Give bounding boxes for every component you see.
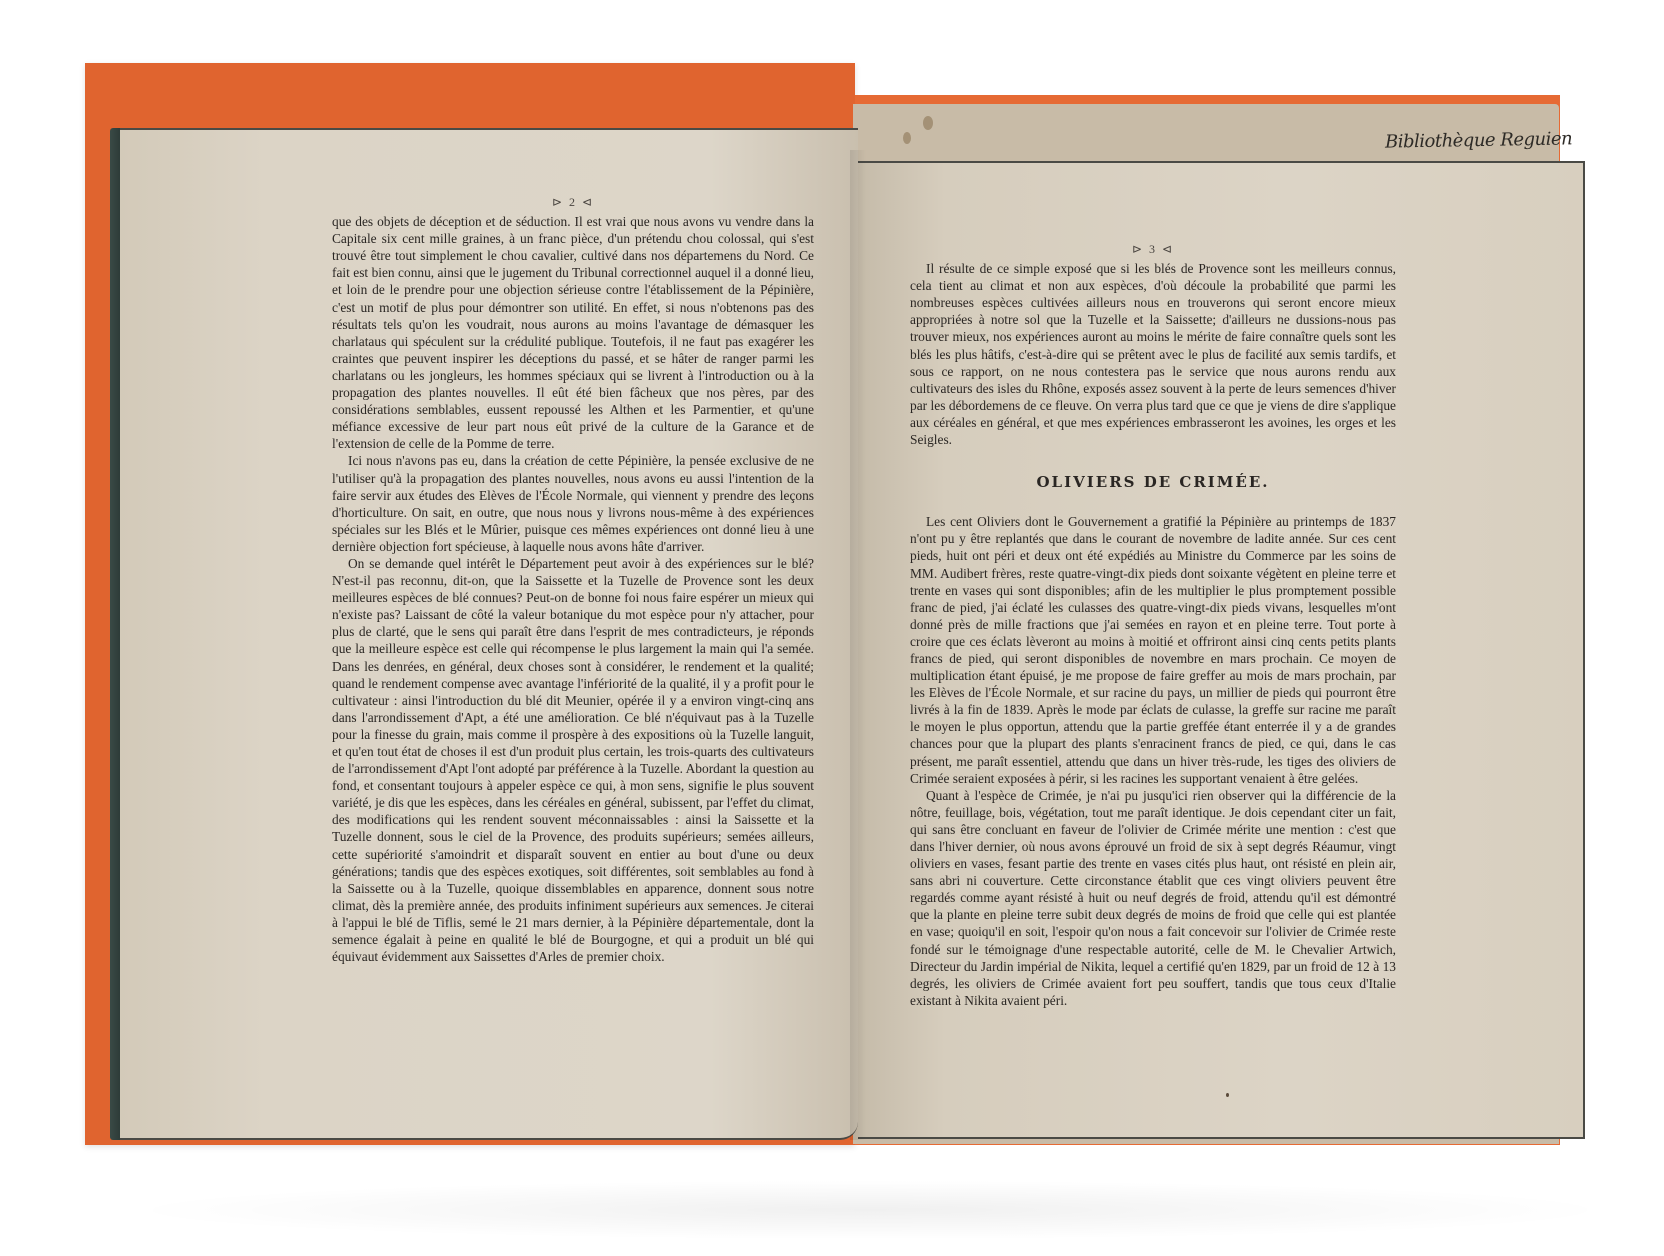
section-heading: OLIVIERS DE CRIMÉE. — [910, 474, 1396, 491]
paragraph: Il résulte de ce simple exposé que si le… — [910, 260, 1396, 448]
left-page: ⊳ 2 ⊲ que des objets de déception et de … — [120, 128, 858, 1140]
left-page-text: ⊳ 2 ⊲ que des objets de déception et de … — [332, 194, 814, 965]
page-number: ⊳ 2 ⊲ — [332, 194, 814, 211]
foxing-stain — [923, 116, 933, 130]
paragraph: Les cent Oliviers dont le Gouvernement a… — [910, 513, 1396, 787]
paragraph: que des objets de déception et de séduct… — [332, 213, 814, 452]
paper-speck — [1226, 1093, 1229, 1097]
paragraph: On se demande quel intérêt le Départemen… — [332, 555, 814, 965]
right-page-text: ⊳ 3 ⊲ Il résulte de ce simple exposé que… — [910, 241, 1396, 1009]
paragraph: Quant à l'espèce de Crimée, je n'ai pu j… — [910, 787, 1396, 1009]
book-gutter-shadow — [850, 150, 866, 1140]
page-number: ⊳ 3 ⊲ — [910, 241, 1396, 258]
foxing-stain — [903, 132, 911, 144]
paragraph: Ici nous n'avons pas eu, dans la créatio… — [332, 452, 814, 555]
table-shadow — [120, 1180, 1620, 1240]
handwritten-inscription: Bibliothèque Reguien — [1385, 128, 1572, 152]
right-page: ⊳ 3 ⊲ Il résulte de ce simple exposé que… — [858, 161, 1585, 1139]
